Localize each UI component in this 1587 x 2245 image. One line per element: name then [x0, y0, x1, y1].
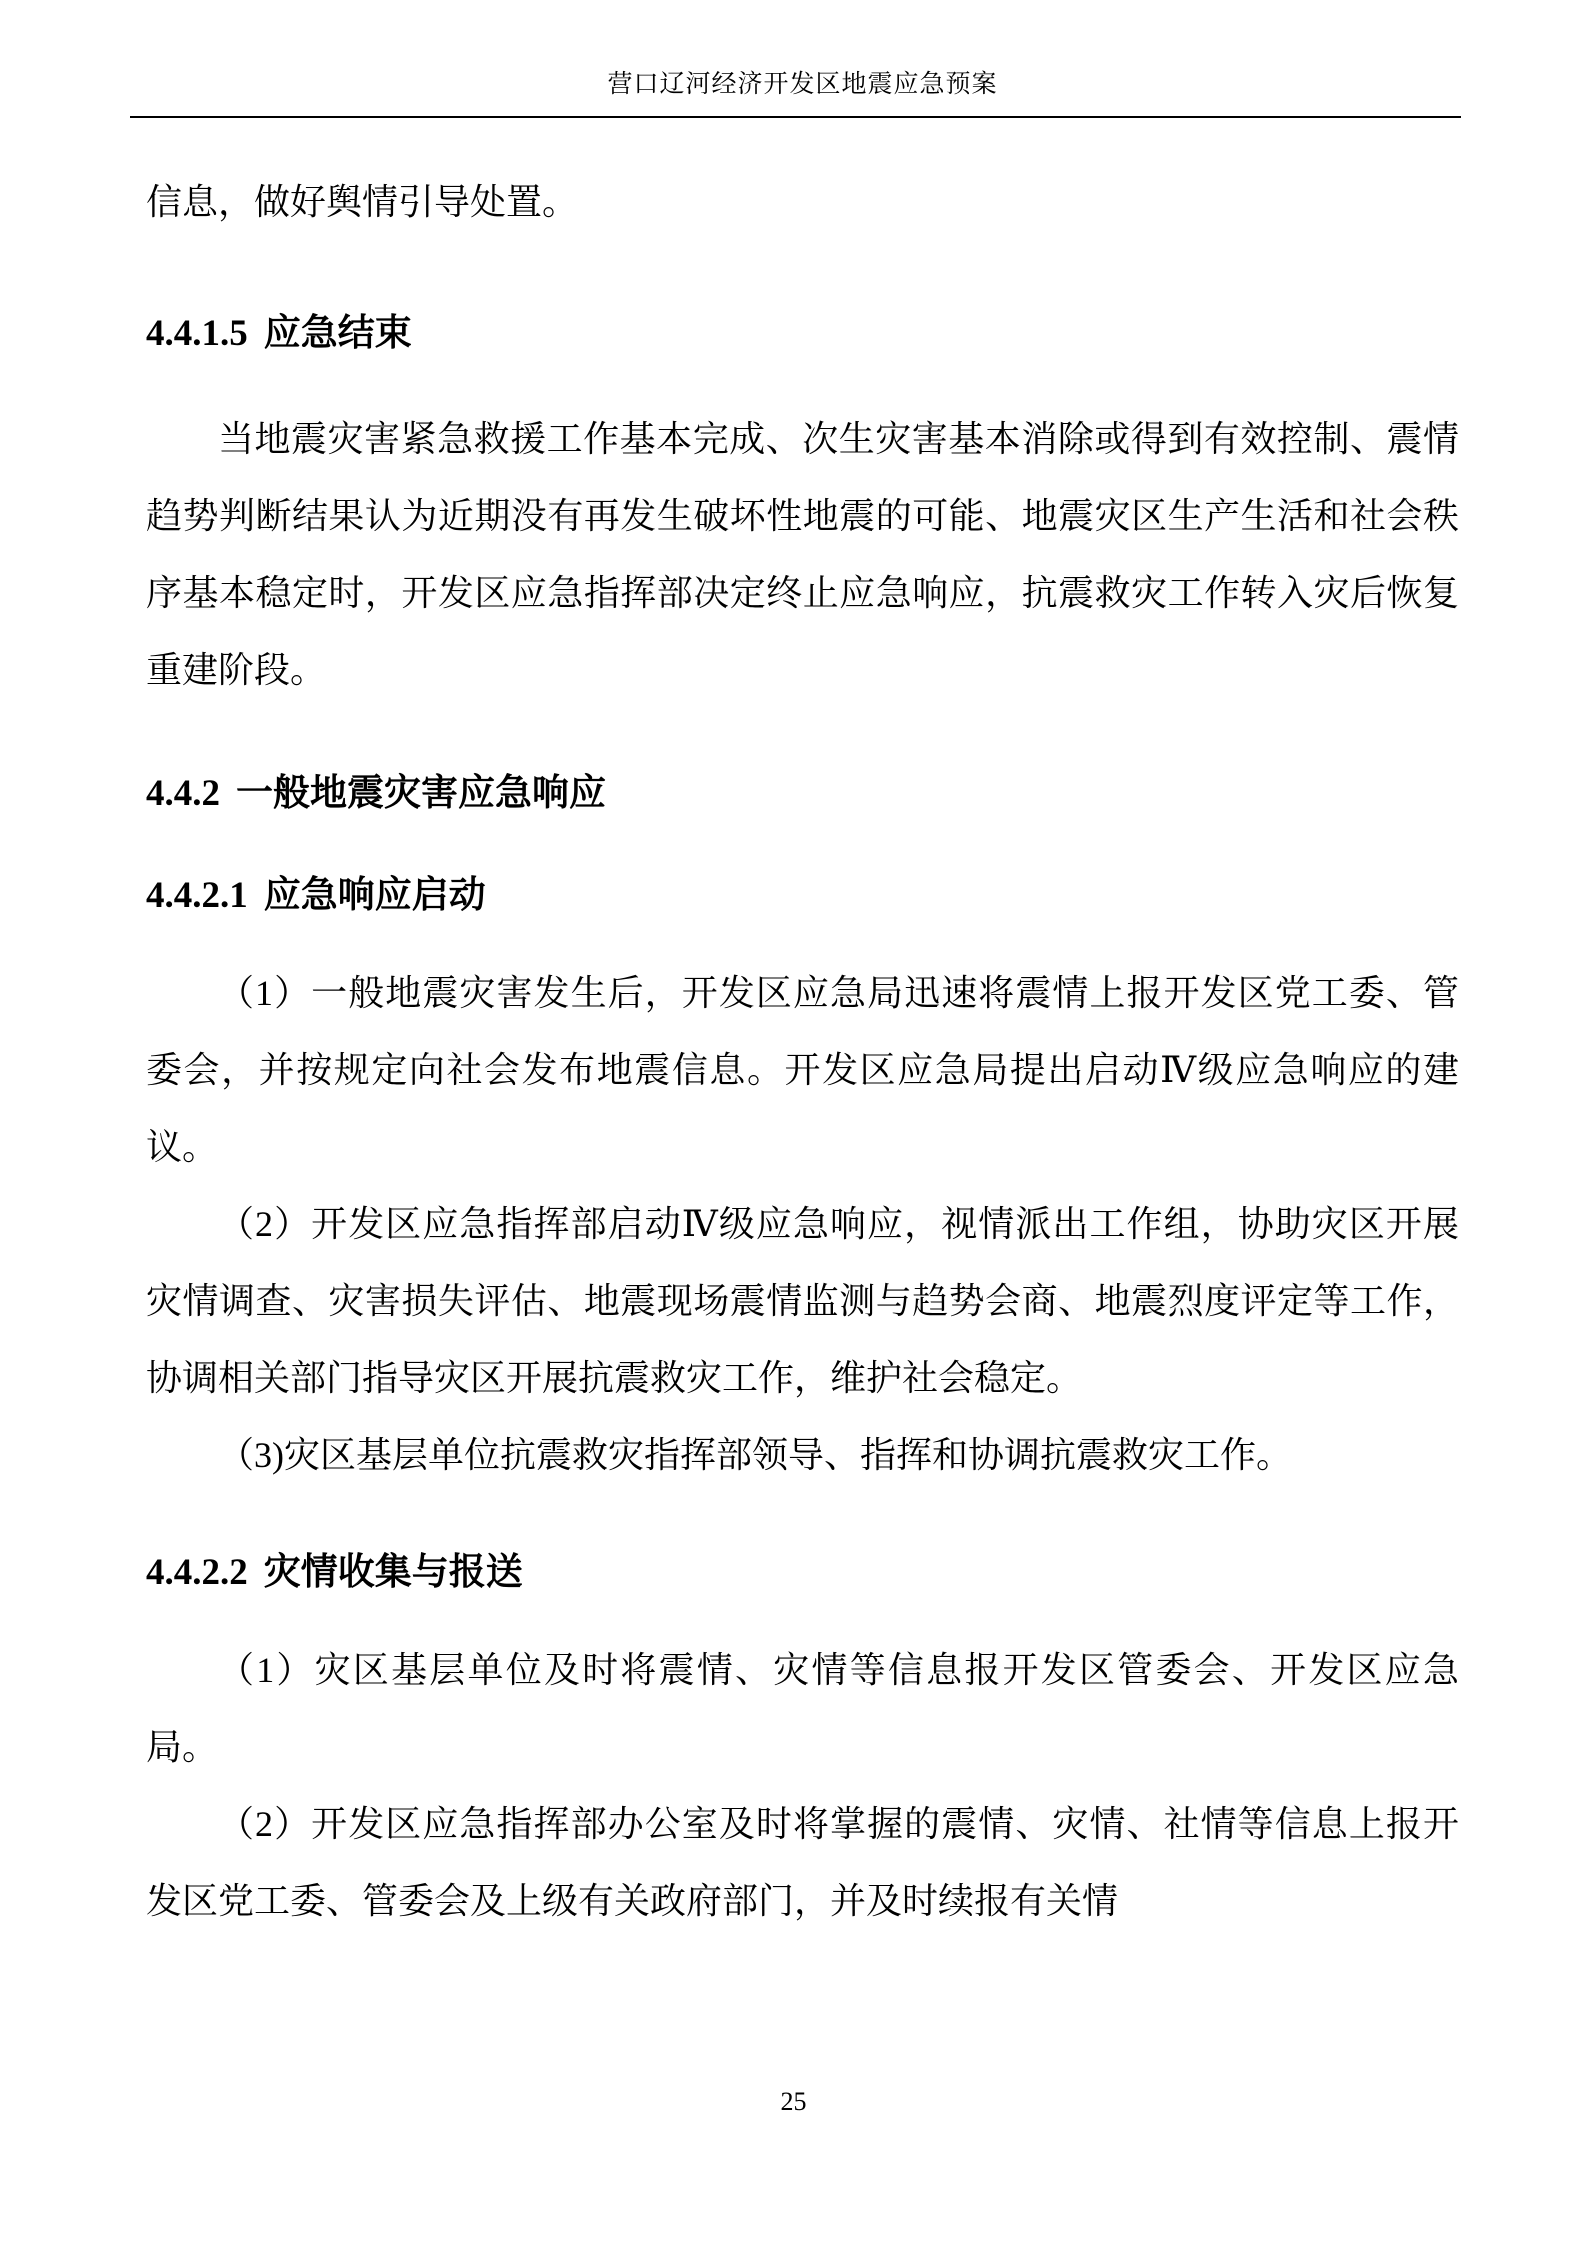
body-paragraph: （3)灾区基层单位抗震救灾指挥部领导、指挥和协调抗震救灾工作。 — [146, 1417, 1459, 1494]
section-heading: 4.4.1.5应急结束 — [146, 311, 1459, 357]
section-title: 应急结束 — [264, 313, 412, 354]
document-body: 信息，做好舆情引导处置。 4.4.1.5应急结束 当地震灾害紧急救援工作基本完成… — [146, 164, 1459, 1940]
document-page: 营口辽河经济开发区地震应急预案 信息，做好舆情引导处置。 4.4.1.5应急结束… — [0, 0, 1587, 2245]
section-title: 灾情收集与报送 — [264, 1552, 523, 1593]
section-number: 4.4.2.1 — [146, 875, 248, 916]
page-number: 25 — [0, 2087, 1587, 2117]
section-number: 4.4.1.5 — [146, 313, 248, 354]
section-heading: 4.4.2一般地震灾害应急响应 — [146, 771, 1459, 817]
body-paragraph: （1）灾区基层单位及时将震情、灾情等信息报开发区管委会、开发区应急局。 — [146, 1632, 1459, 1786]
body-paragraph: 当地震灾害紧急救援工作基本完成、次生灾害基本消除或得到有效控制、震情趋势判断结果… — [146, 401, 1459, 709]
body-paragraph: （2）开发区应急指挥部启动Ⅳ级应急响应，视情派出工作组，协助灾区开展灾情调查、灾… — [146, 1186, 1459, 1417]
section-number: 4.4.2.2 — [146, 1552, 248, 1593]
body-paragraph: 信息，做好舆情引导处置。 — [146, 164, 1459, 241]
section-title: 一般地震灾害应急响应 — [236, 773, 606, 814]
body-paragraph: （2）开发区应急指挥部办公室及时将掌握的震情、灾情、社情等信息上报开发区党工委、… — [146, 1786, 1459, 1940]
section-title: 应急响应启动 — [264, 875, 486, 916]
body-paragraph: （1）一般地震灾害发生后，开发区应急局迅速将震情上报开发区党工委、管委会，并按规… — [146, 955, 1459, 1186]
section-heading: 4.4.2.2灾情收集与报送 — [146, 1550, 1459, 1596]
page-header-title: 营口辽河经济开发区地震应急预案 — [146, 70, 1459, 100]
section-heading: 4.4.2.1应急响应启动 — [146, 873, 1459, 919]
section-number: 4.4.2 — [146, 773, 220, 814]
header-divider — [130, 116, 1461, 118]
